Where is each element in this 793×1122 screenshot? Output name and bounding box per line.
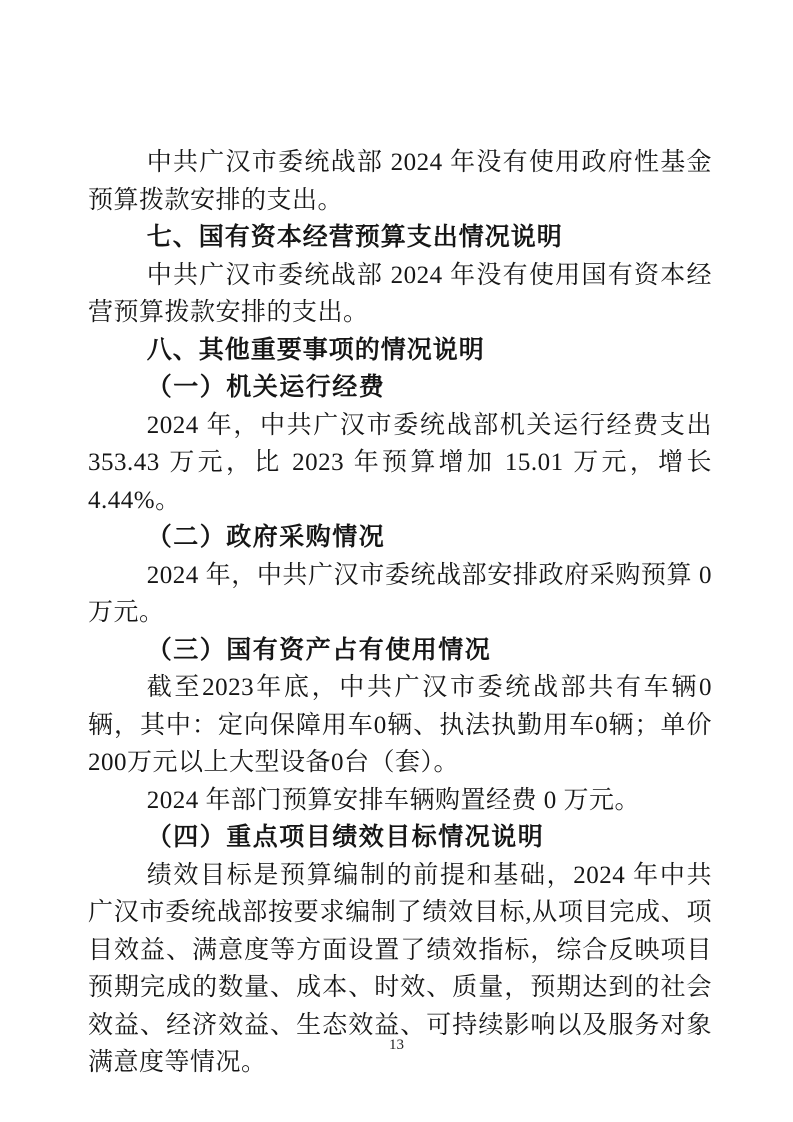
- document-page: 中共广汉市委统战部 2024 年没有使用政府性基金预算拨款安排的支出。 七、国有…: [0, 0, 793, 1122]
- paragraph-operating-funds-detail: 2024 年，中共广汉市委统战部机关运行经费支出 353.43 万元，比 202…: [88, 407, 712, 520]
- section-heading-7-state-capital-budget: 七、国有资本经营预算支出情况说明: [88, 219, 712, 257]
- page-number: 13: [0, 1036, 793, 1054]
- paragraph-gov-fund-expenditure: 中共广汉市委统战部 2024 年没有使用政府性基金预算拨款安排的支出。: [88, 144, 712, 219]
- subsection-heading-4-performance-goals: （四）重点项目绩效目标情况说明: [88, 819, 712, 857]
- subsection-heading-1-operating-funds: （一）机关运行经费: [88, 369, 712, 407]
- subsection-heading-2-government-procurement: （二）政府采购情况: [88, 519, 712, 557]
- paragraph-government-procurement-detail: 2024 年，中共广汉市委统战部安排政府采购预算 0 万元。: [88, 557, 712, 632]
- paragraph-state-capital-expenditure: 中共广汉市委统战部 2024 年没有使用国有资本经营预算拨款安排的支出。: [88, 257, 712, 332]
- section-heading-8-other-important-matters: 八、其他重要事项的情况说明: [88, 332, 712, 370]
- paragraph-vehicle-purchase-budget: 2024 年部门预算安排车辆购置经费 0 万元。: [88, 782, 712, 820]
- paragraph-vehicles-and-equipment: 截至2023年底，中共广汉市委统战部共有车辆0辆，其中：定向保障用车0辆、执法执…: [88, 669, 712, 782]
- subsection-heading-3-state-assets-usage: （三）国有资产占有使用情况: [88, 632, 712, 670]
